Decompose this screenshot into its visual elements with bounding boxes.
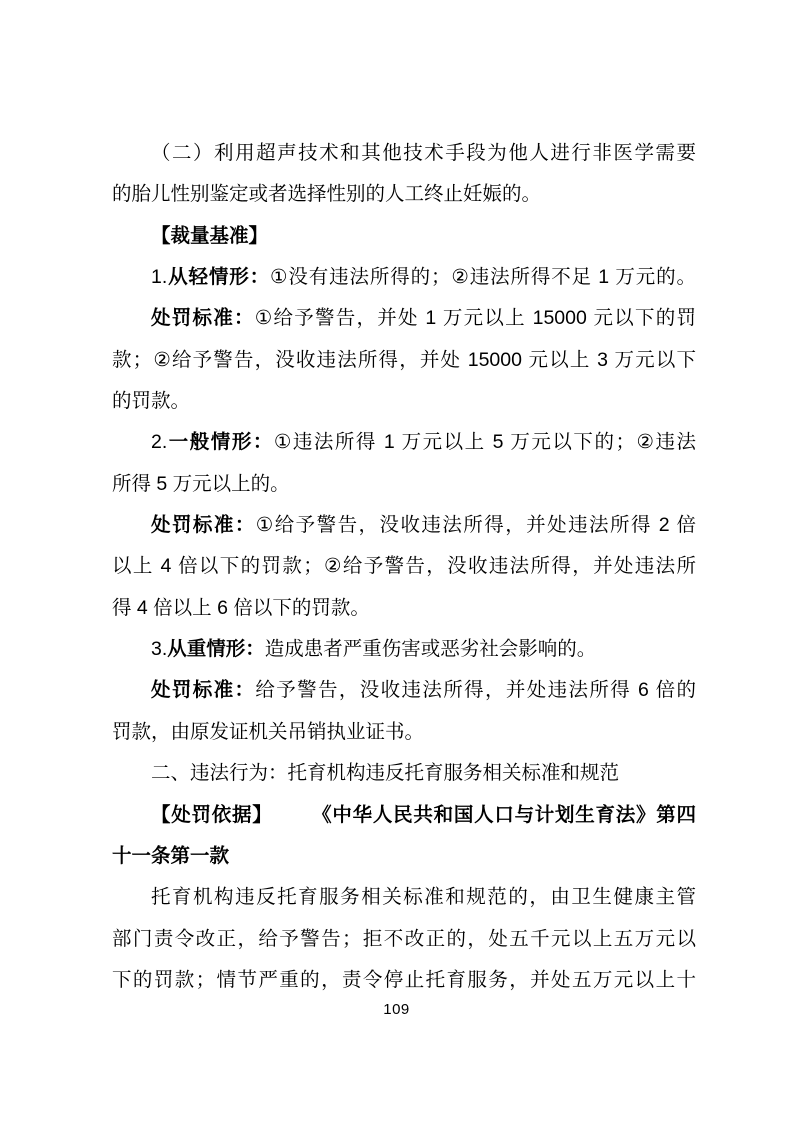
page-number: 109 <box>0 1000 793 1020</box>
text-line: 得 4 倍以上 6 倍以下的罚款。 <box>112 588 696 629</box>
text-run: 以上 4 倍以下的罚款；②给予警告，没收违法所得，并处违法所 <box>112 555 696 577</box>
text-gap <box>272 820 311 821</box>
text-line: （二）利用超声技术和其他技术手段为他人进行非医学需要 <box>112 133 696 174</box>
bold-text-run: 处罚标准： <box>151 514 256 536</box>
paragraph: 处罚标准：①给予警告，没收违法所得，并处违法所得 2 倍以上 4 倍以下的罚款；… <box>112 505 696 629</box>
text-run: 给予警告，没收违法所得，并处违法所得 6 倍的 <box>255 679 696 701</box>
text-line: 【裁量基准】 <box>112 216 696 257</box>
text-run: ①给予警告，没收违法所得，并处违法所得 2 倍 <box>256 514 696 536</box>
text-line: 【处罚依据】《中华人民共和国人口与计划生育法》第四 <box>112 795 696 836</box>
bold-text-run: 【处罚依据】 <box>151 804 272 826</box>
text-line: 托育机构违反托育服务相关标准和规范的，由卫生健康主管 <box>112 877 696 918</box>
text-line: 十一条第一款 <box>112 836 696 877</box>
text-line: 3.从重情形：造成患者严重伤害或恶劣社会影响的。 <box>112 629 696 670</box>
text-run: ①没有违法所得的；②违法所得不足 1 万元的。 <box>270 266 696 288</box>
text-run: ①违法所得 1 万元以上 5 万元以下的；②违法 <box>274 431 696 453</box>
text-run: 款；②给予警告，没收违法所得，并处 15000 元以上 3 万元以下 <box>112 349 696 371</box>
bold-text-run: 《中华人民共和国人口与计划生育法》第四 <box>311 804 696 826</box>
text-line: 下的罚款；情节严重的，责令停止托育服务，并处五万元以上十 <box>112 960 696 1001</box>
document-page: （二）利用超声技术和其他技术手段为他人进行非医学需要的胎儿性别鉴定或者选择性别的… <box>0 0 793 1122</box>
paragraph: （二）利用超声技术和其他技术手段为他人进行非医学需要的胎儿性别鉴定或者选择性别的… <box>112 133 696 216</box>
text-run: 得 4 倍以上 6 倍以下的罚款。 <box>112 597 370 619</box>
text-run: 的胎儿性别鉴定或者选择性别的人工终止妊娠的。 <box>112 183 541 205</box>
text-run: 下的罚款；情节严重的，责令停止托育服务，并处五万元以上十 <box>112 969 696 991</box>
text-run: 托育机构违反托育服务相关标准和规范的，由卫生健康主管 <box>151 886 696 908</box>
paragraph: 【裁量基准】 <box>112 216 696 257</box>
paragraph: 2.一般情形：①违法所得 1 万元以上 5 万元以下的；②违法所得 5 万元以上… <box>112 422 696 505</box>
text-run: （二）利用超声技术和其他技术手段为他人进行非医学需要 <box>151 142 696 164</box>
text-run: 罚款，由原发证机关吊销执业证书。 <box>112 721 424 743</box>
text-line: 处罚标准：给予警告，没收违法所得，并处违法所得 6 倍的 <box>112 670 696 711</box>
text-run: 造成患者严重伤害或恶劣社会影响的。 <box>265 638 597 660</box>
bold-text-run: 从重情形： <box>167 638 265 660</box>
paragraph: 1.从轻情形：①没有违法所得的；②违法所得不足 1 万元的。 <box>112 257 696 298</box>
paragraph: 托育机构违反托育服务相关标准和规范的，由卫生健康主管部门责令改正，给予警告；拒不… <box>112 877 696 1001</box>
text-line: 处罚标准：①给予警告，没收违法所得，并处违法所得 2 倍 <box>112 505 696 546</box>
text-run: 1. <box>151 266 167 288</box>
text-line: 1.从轻情形：①没有违法所得的；②违法所得不足 1 万元的。 <box>112 257 696 298</box>
text-line: 的胎儿性别鉴定或者选择性别的人工终止妊娠的。 <box>112 174 696 215</box>
text-line: 2.一般情形：①违法所得 1 万元以上 5 万元以下的；②违法 <box>112 422 696 463</box>
text-line: 罚款，由原发证机关吊销执业证书。 <box>112 712 696 753</box>
paragraph: 处罚标准：①给予警告，并处 1 万元以上 15000 元以下的罚款；②给予警告，… <box>112 298 696 422</box>
bold-text-run: 十一条第一款 <box>112 845 229 867</box>
text-run: 3. <box>151 638 167 660</box>
paragraph: 【处罚依据】《中华人民共和国人口与计划生育法》第四十一条第一款 <box>112 795 696 878</box>
text-line: 二、违法行为：托育机构违反托育服务相关标准和规范 <box>112 753 696 794</box>
bold-text-run: 一般情形： <box>167 431 274 453</box>
text-run: ①给予警告，并处 1 万元以上 15000 元以下的罚 <box>255 307 696 329</box>
text-line: 部门责令改正，给予警告；拒不改正的，处五千元以上五万元以 <box>112 919 696 960</box>
bold-text-run: 处罚标准： <box>151 679 255 701</box>
bold-text-run: 从轻情形： <box>167 266 270 288</box>
text-line: 款；②给予警告，没收违法所得，并处 15000 元以上 3 万元以下 <box>112 340 696 381</box>
bold-text-run: 【裁量基准】 <box>151 225 268 247</box>
text-run: 的罚款。 <box>112 390 190 412</box>
text-line: 处罚标准：①给予警告，并处 1 万元以上 15000 元以下的罚 <box>112 298 696 339</box>
text-line: 所得 5 万元以上的。 <box>112 464 696 505</box>
text-line: 的罚款。 <box>112 381 696 422</box>
text-run: 部门责令改正，给予警告；拒不改正的，处五千元以上五万元以 <box>112 928 696 950</box>
text-run: 2. <box>151 431 167 453</box>
text-line: 以上 4 倍以下的罚款；②给予警告，没收违法所得，并处违法所 <box>112 546 696 587</box>
paragraph: 二、违法行为：托育机构违反托育服务相关标准和规范 <box>112 753 696 794</box>
bold-text-run: 处罚标准： <box>151 307 255 329</box>
paragraph: 处罚标准：给予警告，没收违法所得，并处违法所得 6 倍的罚款，由原发证机关吊销执… <box>112 670 696 753</box>
text-run: 二、违法行为：托育机构违反托育服务相关标准和规范 <box>151 762 619 784</box>
document-body: （二）利用超声技术和其他技术手段为他人进行非医学需要的胎儿性别鉴定或者选择性别的… <box>112 133 696 1001</box>
paragraph: 3.从重情形：造成患者严重伤害或恶劣社会影响的。 <box>112 629 696 670</box>
text-run: 所得 5 万元以上的。 <box>112 473 290 495</box>
